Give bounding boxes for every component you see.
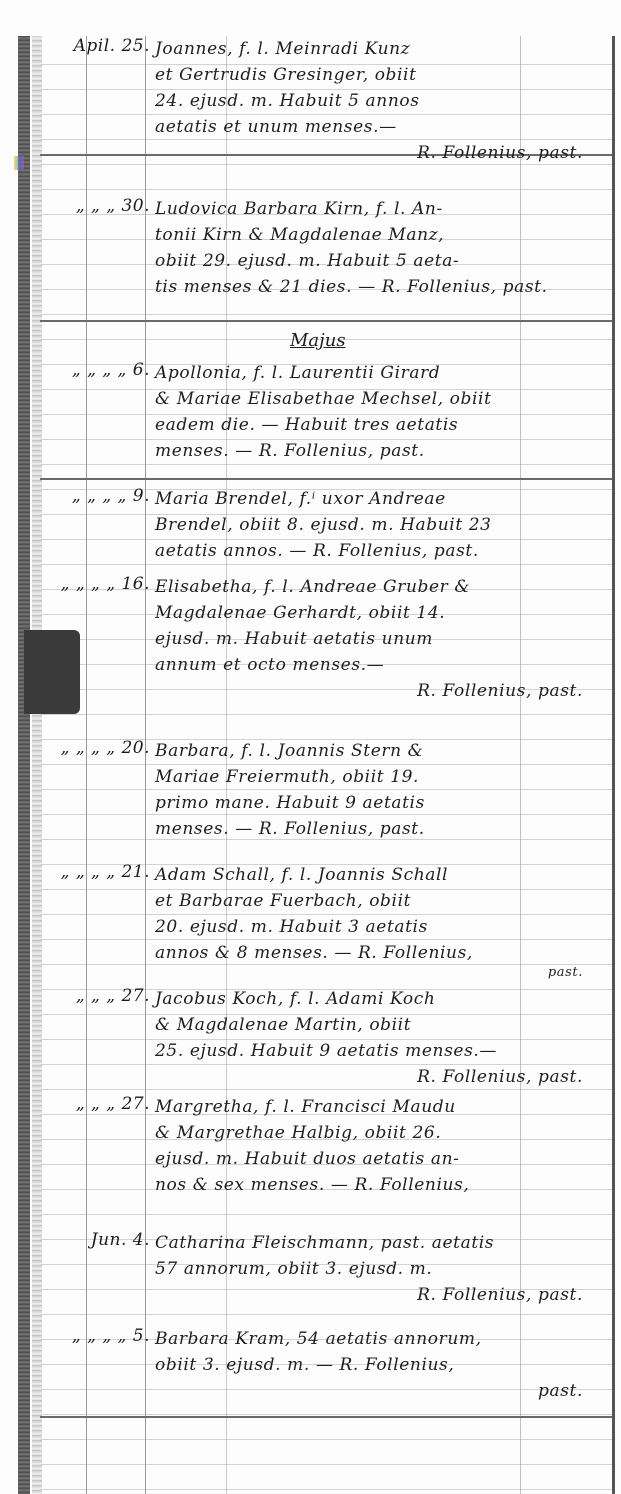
entry-date: „ „ „ „ 21.: [50, 862, 150, 882]
entry-line: 57 annorum, obiit 3. ejusd. m.: [155, 1256, 595, 1282]
entry-line: menses. — R. Follenius, past.: [155, 438, 595, 464]
pastor-signature: R. Follenius, past.: [155, 1282, 595, 1308]
entry-line: eadem die. — Habuit tres aetatis: [155, 412, 595, 438]
column-rule-2: [145, 36, 146, 1494]
entry-line: Apollonia, f. l. Laurentii Girard: [155, 360, 595, 386]
entry-line: Mariae Freiermuth, obiit 19.: [155, 764, 595, 790]
right-margin-rule: [612, 36, 615, 1494]
entry-date: „ „ „ 27.: [50, 986, 150, 1006]
pastor-signature: R. Follenius, past.: [155, 678, 595, 704]
binding-edge: [18, 36, 30, 1494]
entry-line: nos & sex menses. — R. Follenius,: [155, 1172, 595, 1198]
entry-date: „ „ „ „ 5.: [50, 1326, 150, 1346]
month-heading: Majus: [290, 330, 346, 351]
entry-line: menses. — R. Follenius, past.: [155, 816, 595, 842]
entry-date: „ „ „ „ 9.: [50, 486, 150, 506]
entry-line: ejusd. m. Habuit aetatis unum: [155, 626, 595, 652]
pastor-signature: past.: [155, 1378, 595, 1404]
entry-divider: [40, 478, 612, 480]
entry-line: & Margrethae Halbig, obiit 26.: [155, 1120, 595, 1146]
entry-line: Jacobus Koch, f. l. Adami Koch: [155, 986, 595, 1012]
entry-line: Adam Schall, f. l. Joannis Schall: [155, 862, 595, 888]
column-rule-1: [86, 36, 87, 1494]
pastor-signature: past.: [155, 966, 595, 980]
register-page: Apil. 25. Joannes, f. l. Meinradi Kunz e…: [0, 0, 621, 1494]
entry-line: et Gertrudis Gresinger, obiit: [155, 62, 595, 88]
entry-line: Barbara, f. l. Joannis Stern &: [155, 738, 595, 764]
entry-line: Margretha, f. l. Francisci Maudu: [155, 1094, 595, 1120]
entry-divider: [40, 320, 612, 322]
entry-line: ejusd. m. Habuit duos aetatis an-: [155, 1146, 595, 1172]
entry-line: primo mane. Habuit 9 aetatis: [155, 790, 595, 816]
entry-line: 24. ejusd. m. Habuit 5 annos: [155, 88, 595, 114]
entry-line: Joannes, f. l. Meinradi Kunz: [155, 36, 595, 62]
entry-line: et Barbarae Fuerbach, obiit: [155, 888, 595, 914]
entry-line: & Magdalenae Martin, obiit: [155, 1012, 595, 1038]
entry-line: Magdalenae Gerhardt, obiit 14.: [155, 600, 595, 626]
entry-date: „ „ „ 30.: [50, 196, 150, 216]
entry-line: annum et octo menses.—: [155, 652, 595, 678]
entry-line: Maria Brendel, f.ⁱ uxor Andreae: [155, 486, 595, 512]
binding-tab: [24, 630, 80, 714]
entry-line: Ludovica Barbara Kirn, f. l. An-: [155, 196, 595, 222]
entry-line: aetatis et unum menses.—: [155, 114, 595, 140]
entry-line: annos & 8 menses. — R. Follenius,: [155, 940, 595, 966]
pastor-signature: R. Follenius, past.: [155, 1064, 595, 1090]
entry-date: „ „ „ „ 6.: [50, 360, 150, 380]
entry-line: obiit 3. ejusd. m. — R. Follenius,: [155, 1352, 595, 1378]
entry-line: 20. ejusd. m. Habuit 3 aetatis: [155, 914, 595, 940]
entry-date: „ „ „ „ 16.: [50, 574, 150, 594]
entry-line: Brendel, obiit 8. ejusd. m. Habuit 23: [155, 512, 595, 538]
entry-line: Elisabetha, f. l. Andreae Gruber &: [155, 574, 595, 600]
entry-line: & Mariae Elisabethae Mechsel, obiit: [155, 386, 595, 412]
entry-line: tonii Kirn & Magdalenae Manz,: [155, 222, 595, 248]
scan-artifact: [14, 156, 24, 170]
entry-date: „ „ „ „ 20.: [50, 738, 150, 758]
entry-date: „ „ „ 27.: [50, 1094, 150, 1114]
entry-line: obiit 29. ejusd. m. Habuit 5 aeta-: [155, 248, 595, 274]
entry-date: Apil. 25.: [50, 36, 150, 56]
entry-line: aetatis annos. — R. Follenius, past.: [155, 538, 595, 564]
entry-divider: [40, 1416, 612, 1418]
binding-inner-edge: [32, 36, 42, 1494]
entry-line: Catharina Fleischmann, past. aetatis: [155, 1230, 595, 1256]
entry-line: tis menses & 21 dies. — R. Follenius, pa…: [155, 274, 595, 300]
pastor-signature: R. Follenius, past.: [155, 140, 595, 166]
entry-line: 25. ejusd. Habuit 9 aetatis menses.—: [155, 1038, 595, 1064]
entry-date: Jun. 4.: [50, 1230, 150, 1250]
entry-line: Barbara Kram, 54 aetatis annorum,: [155, 1326, 595, 1352]
